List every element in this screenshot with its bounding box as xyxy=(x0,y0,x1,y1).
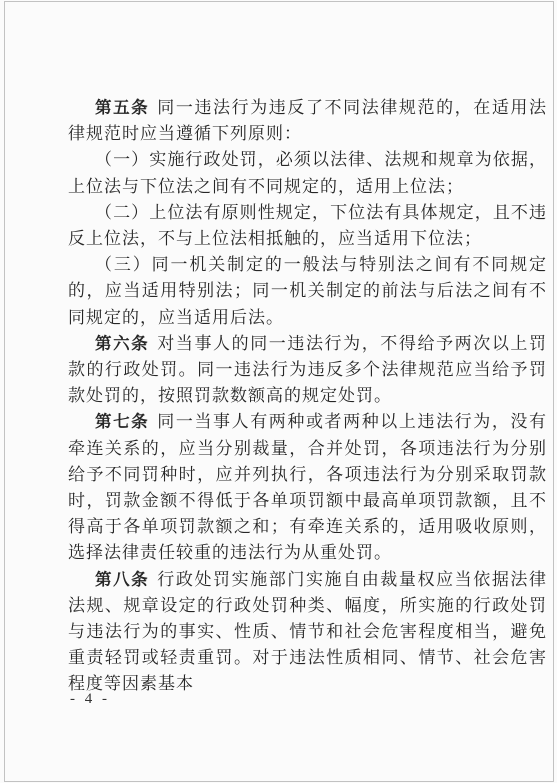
paragraph-article-5-item-1: （一）实施行政处罚，必须以法律、法规和规章为依据，上位法与下位法之间有不同规定的… xyxy=(68,147,547,199)
page-number: - 4 - xyxy=(70,691,110,708)
item-3-text: （三）同一机关制定的一般法与特别法之间有不同规定的，应当适用特别法；同一机关制定… xyxy=(68,255,547,326)
item-1-text: （一）实施行政处罚，必须以法律、法规和规章为依据，上位法与下位法之间有不同规定的… xyxy=(68,150,547,195)
article-5-number: 第五条 xyxy=(95,99,149,117)
article-8-number: 第八条 xyxy=(95,571,149,589)
paragraph-article-5: 第五条同一违法行为违反了不同法律规范的，在适用法律规范时应当遵循下列原则： xyxy=(68,95,547,147)
paragraph-article-5-item-3: （三）同一机关制定的一般法与特别法之间有不同规定的，应当适用特别法；同一机关制定… xyxy=(68,252,547,331)
paragraph-article-7: 第七条同一当事人有两种或者两种以上违法行为，没有牵连关系的，应当分别裁量，合并处… xyxy=(68,409,547,566)
document-page: { "doc": { "paragraphs": [ { "lead": "第五… xyxy=(0,0,557,783)
paragraph-article-5-item-2: （二）上位法有原则性规定，下位法有具体规定，且不违反上位法，不与上位法相抵触的，… xyxy=(68,200,547,252)
item-2-text: （二）上位法有原则性规定，下位法有具体规定，且不违反上位法，不与上位法相抵触的，… xyxy=(68,203,547,248)
article-6-number: 第六条 xyxy=(95,335,149,353)
paragraph-article-8: 第八条行政处罚实施部门实施自由裁量权应当依据法律法规、规章设定的行政处罚种类、幅… xyxy=(68,567,547,698)
paragraph-article-6: 第六条对当事人的同一违法行为，不得给予两次以上罚款的行政处罚。同一违法行为违反多… xyxy=(68,331,547,410)
article-7-number: 第七条 xyxy=(95,413,149,431)
article-7-text: 同一当事人有两种或者两种以上违法行为，没有牵连关系的，应当分别裁量，合并处罚，各… xyxy=(68,412,547,562)
document-body: 第五条同一违法行为违反了不同法律规范的，在适用法律规范时应当遵循下列原则： （一… xyxy=(68,95,547,698)
